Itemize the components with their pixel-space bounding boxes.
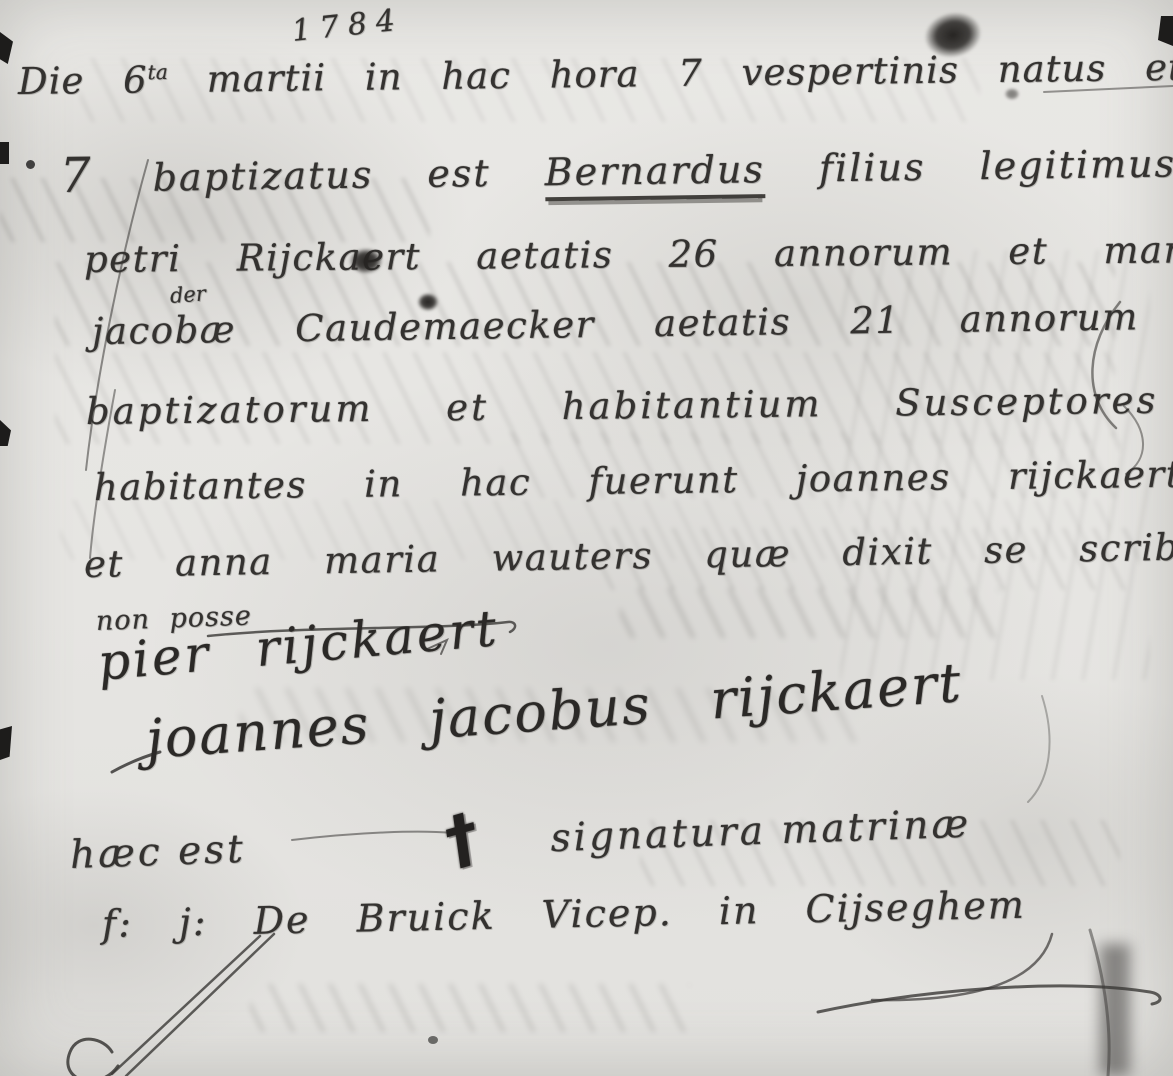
name-bernardus-underlined: Bernardus xyxy=(544,147,765,201)
ink-blot xyxy=(1002,86,1022,102)
scanned-register-page: 1784 Die 6ta martii in hac hora 7 vesper… xyxy=(0,0,1173,1076)
scan-edge-artifact xyxy=(0,142,9,164)
signature-cross-mark: † xyxy=(441,797,485,881)
ink-blot xyxy=(344,244,388,278)
flourish-paraph-c xyxy=(1090,930,1109,1076)
date-superscript: ta xyxy=(147,60,168,84)
flourish-bottom-left-stroke xyxy=(126,934,274,1076)
date-prefix: Die 6 xyxy=(18,58,148,103)
line2-lead-numeral: 7 xyxy=(60,148,93,204)
flourish-bottom-left-stroke xyxy=(112,936,260,1074)
witness-post: signatura matrinæ xyxy=(550,802,972,862)
scan-edge-artifact xyxy=(428,1036,438,1044)
line2-post: filius legitimus xyxy=(819,141,1173,190)
flourish-paraph-a xyxy=(818,986,1160,1012)
insertion-superscript: der xyxy=(169,282,207,308)
flourish-bottom-left-loop xyxy=(68,1039,118,1076)
line4-pre: jacobæ xyxy=(92,308,237,353)
scan-edge-artifact xyxy=(26,160,35,169)
ink-blot xyxy=(414,290,442,314)
flourish-right-tail xyxy=(1028,696,1050,802)
line2-pre: baptizatus est xyxy=(152,151,491,200)
witness-pre: hæc est xyxy=(69,827,246,878)
